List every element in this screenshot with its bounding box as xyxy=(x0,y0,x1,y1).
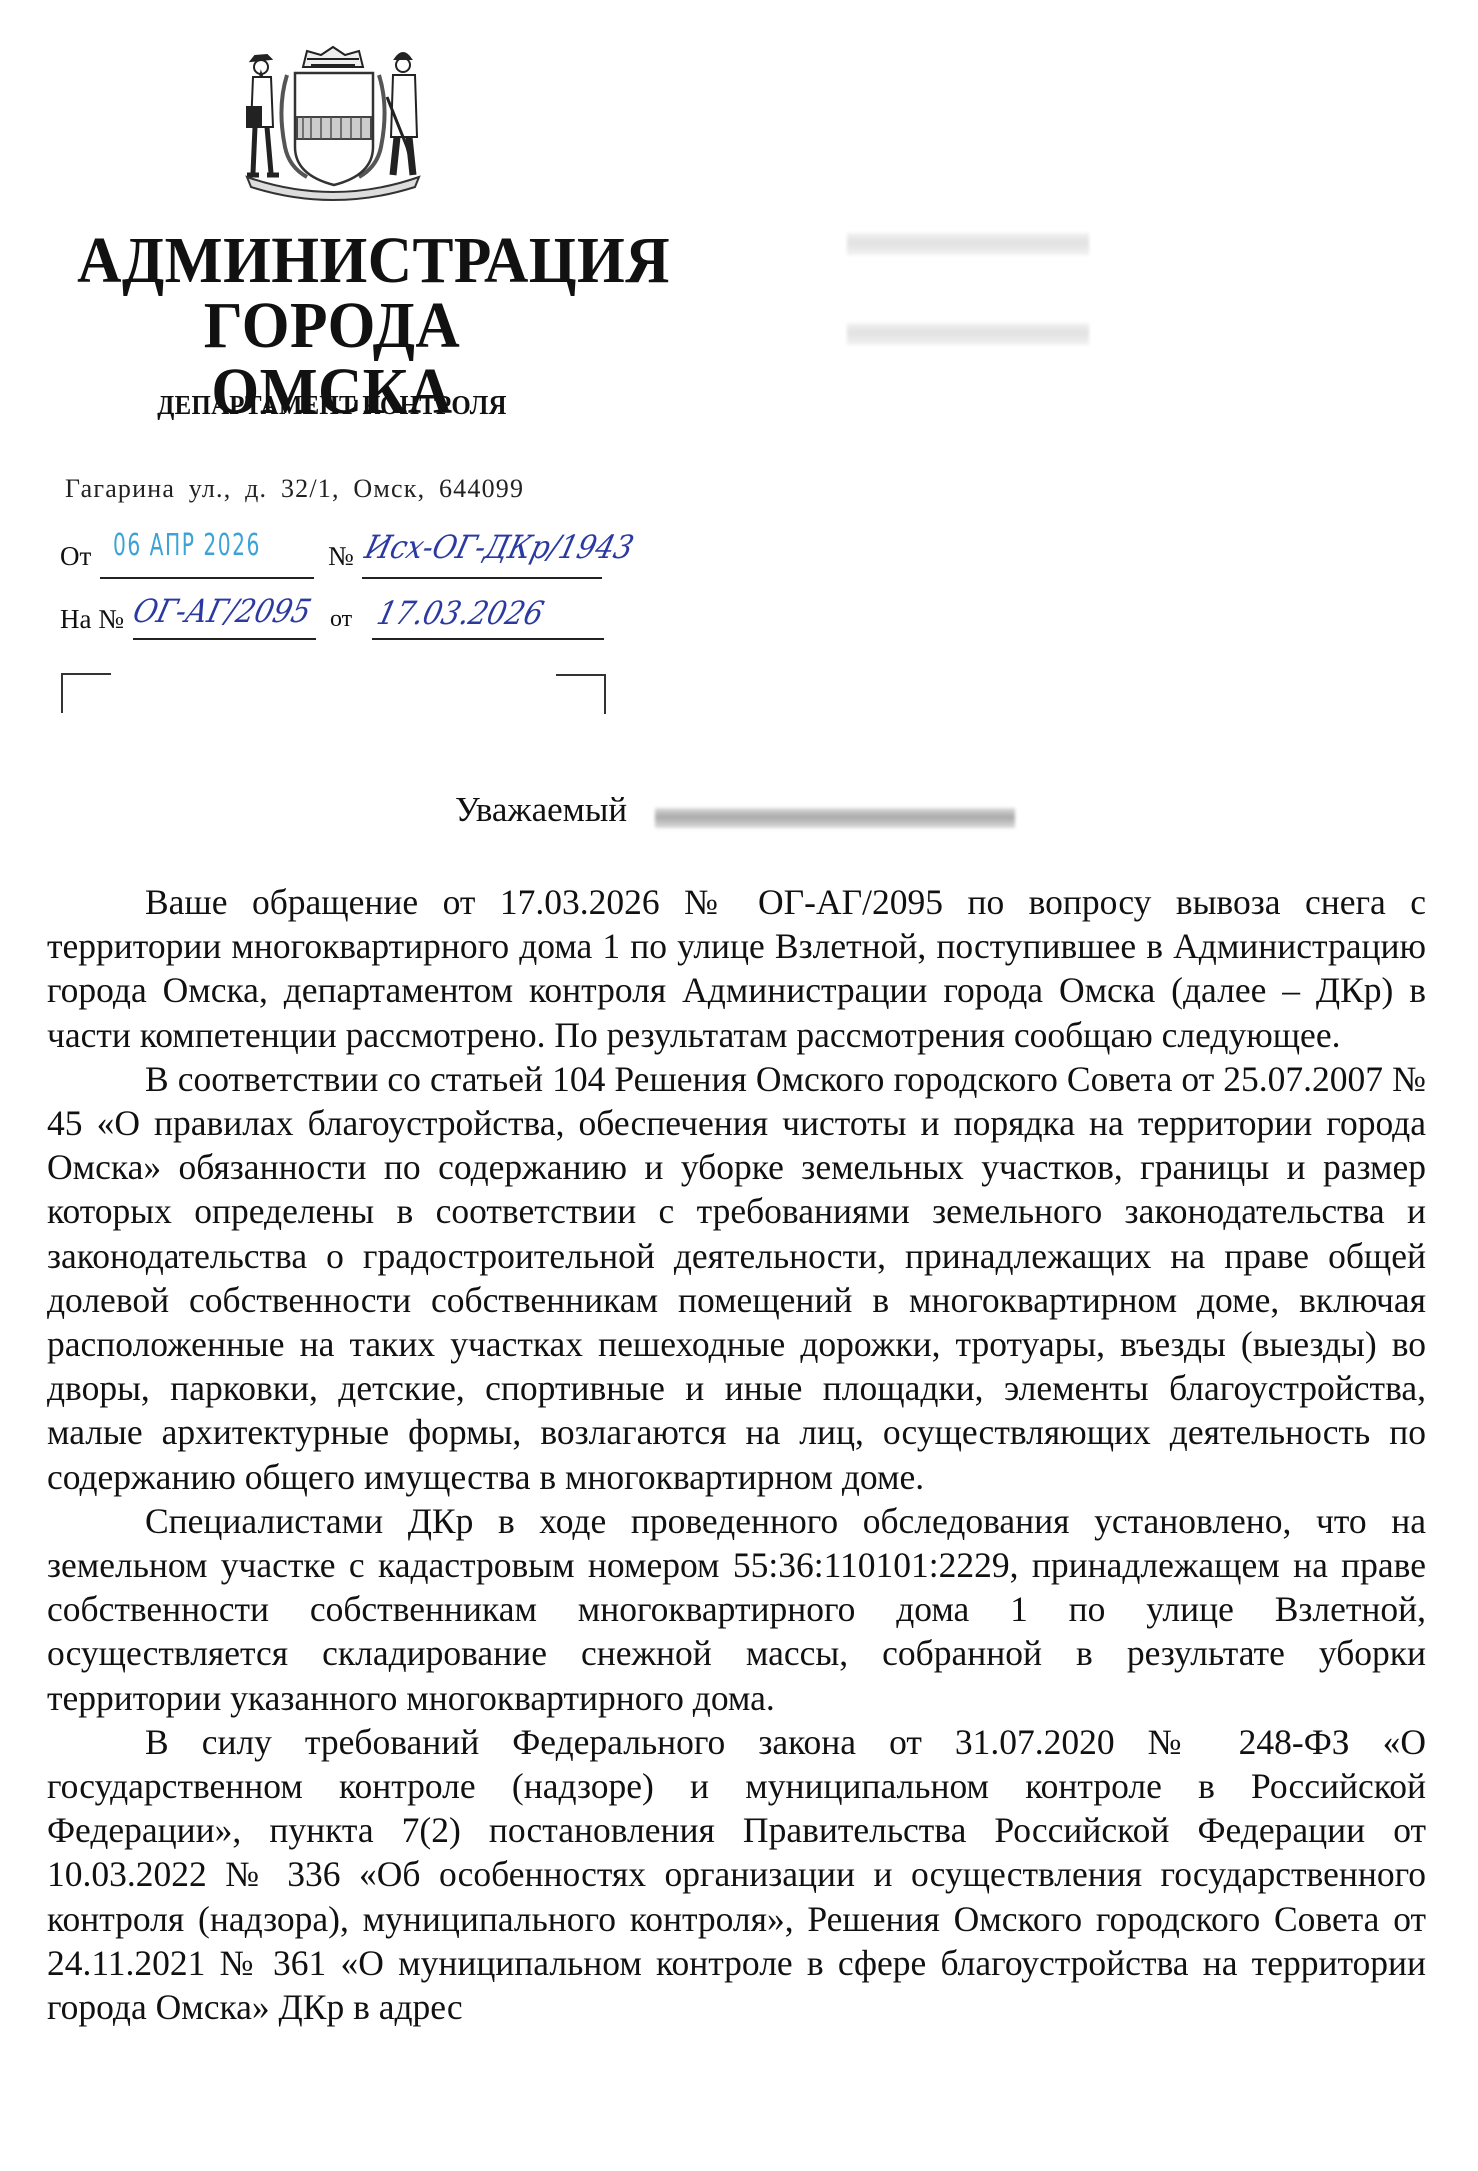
address-bracket-left xyxy=(61,673,111,713)
salutation-name-redacted xyxy=(655,808,1015,828)
salutation: Уважаемый xyxy=(455,790,627,830)
coat-of-arms-icon xyxy=(237,37,429,203)
reply-date-handwritten: 17.03.2026 xyxy=(373,594,547,632)
reply-number-underline xyxy=(133,636,316,640)
address-bracket-right xyxy=(556,674,606,714)
number-underline xyxy=(362,575,602,579)
from-label: От xyxy=(60,541,91,572)
from-date-underline xyxy=(100,575,314,579)
paragraph-2: В соответствии со статьей 104 Решения Ом… xyxy=(47,1057,1426,1499)
salutation-text: Уважаемый xyxy=(455,790,627,829)
paragraph-3: Специалистами ДКр в ходе проведенного об… xyxy=(47,1499,1426,1720)
reply-to-label: На № xyxy=(60,604,124,635)
recipient-redacted-line1 xyxy=(847,233,1089,255)
letter-body: Ваше обращение от 17.03.2026 № ОГ-АГ/209… xyxy=(47,880,1426,2029)
reply-date-underline xyxy=(372,636,604,640)
date-stamp: 06 АПР 2026 xyxy=(113,528,261,563)
paragraph-1: Ваше обращение от 17.03.2026 № ОГ-АГ/209… xyxy=(47,880,1426,1057)
outgoing-number-handwritten: Исх-ОГ-ДКр/1943 xyxy=(361,528,637,566)
recipient-redacted-line2 xyxy=(847,323,1089,345)
number-label: № xyxy=(328,541,354,572)
department-name: ДЕПАРТАМЕНТ КОНТРОЛЯ xyxy=(80,390,584,421)
paragraph-4: В силу требований Федерального закона от… xyxy=(47,1720,1426,2029)
org-title-line1: АДМИНИСТРАЦИЯ xyxy=(77,228,587,294)
org-address: Гагарина ул., д. 32/1, Омск, 644099 xyxy=(65,474,524,504)
reply-number-handwritten: ОГ-АГ/2095 xyxy=(129,592,315,630)
reply-date-label: от xyxy=(330,606,352,633)
